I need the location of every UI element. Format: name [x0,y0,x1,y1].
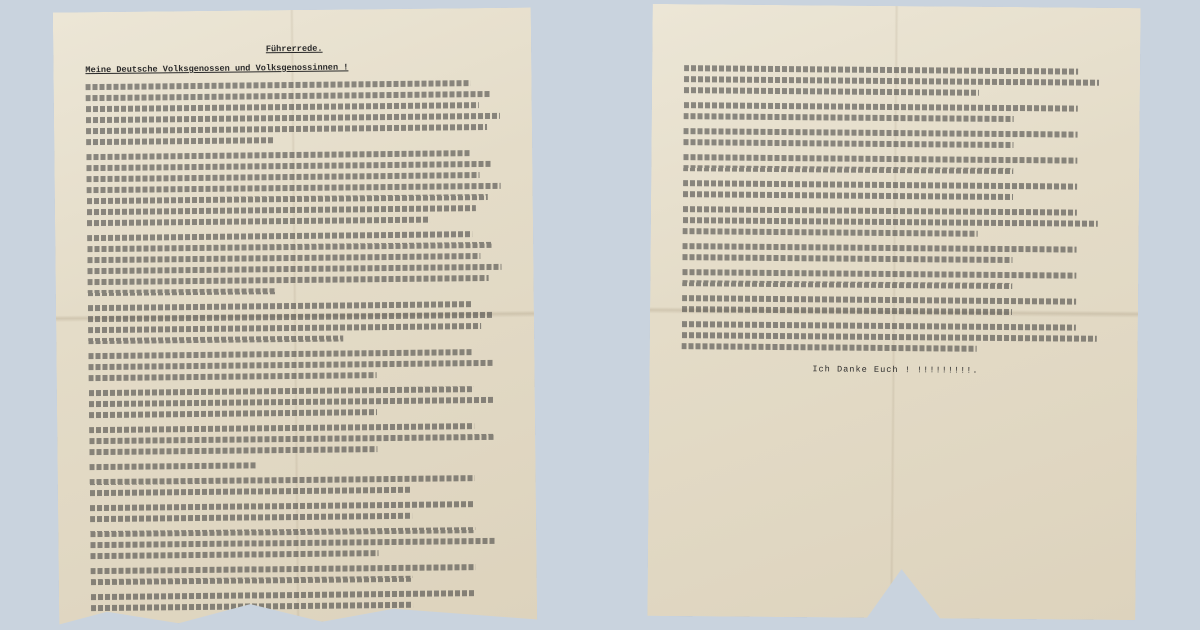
redacted-text-line [87,205,476,215]
redacted-text-line [87,253,480,263]
redacted-text-line [90,487,412,496]
document-closing: Ich Danke Euch ! !!!!!!!!!. [681,363,1109,378]
redacted-text-line [90,501,475,511]
redacted-text-line [683,165,1013,174]
page-content-right: Ich Danke Euch ! !!!!!!!!!. [681,62,1112,378]
redacted-body-left [86,80,509,611]
redacted-text-line [683,180,1077,189]
redacted-text-line [86,113,500,123]
redacted-text-line [88,323,481,333]
redacted-text-line [87,242,492,252]
redacted-text-line [86,150,471,160]
redacted-text-line [682,306,1012,315]
document-heading: Führerrede. [85,42,503,57]
redacted-paragraph [91,564,509,585]
redacted-paragraph [90,527,508,559]
redacted-text-line [682,280,1012,289]
redacted-text-line [91,576,413,585]
redacted-paragraph [89,423,507,455]
redacted-paragraph [684,65,1112,97]
redacted-text-line [88,275,489,285]
redacted-text-line [683,243,1077,252]
redacted-paragraph [86,150,505,226]
redacted-paragraph [682,321,1110,353]
redacted-text-line [87,231,472,241]
redacted-text-line [682,269,1076,278]
redacted-paragraph [682,243,1110,264]
redacted-text-line [86,137,274,145]
redacted-paragraph [683,206,1111,238]
redacted-text-line [682,321,1076,330]
redacted-text-line [684,76,1099,86]
redacted-text-line [90,475,475,485]
redacted-text-line [86,124,487,134]
redacted-text-line [87,217,430,227]
redacted-text-line [683,154,1077,163]
redacted-text-line [88,301,473,311]
redacted-text-line [86,102,479,112]
redacted-text-line [684,128,1078,137]
redacted-text-line [90,538,495,548]
redacted-text-line [87,172,480,182]
document-salutation: Meine Deutsche Volksgenossen und Volksge… [85,61,503,76]
redacted-text-line [90,550,378,559]
redacted-paragraph [683,180,1111,201]
redacted-text-line [89,423,474,433]
redacted-text-line [86,91,491,101]
redacted-text-line [683,228,978,237]
redacted-paragraph [683,154,1111,175]
redacted-text-line [88,349,473,359]
redacted-paragraph [86,80,505,145]
redacted-text-line [86,80,471,90]
redacted-paragraph [88,301,506,344]
document-page-right: Ich Danke Euch ! !!!!!!!!!. [647,4,1140,620]
redacted-text-line [88,288,276,296]
redacted-text-line [683,191,1013,200]
redacted-paragraph [90,460,508,470]
redacted-text-line [682,254,1012,263]
redacted-text-line [88,312,493,322]
redacted-text-line [90,462,257,470]
redacted-text-line [682,343,977,352]
redacted-text-line [684,102,1078,111]
redacted-text-line [89,409,377,418]
redacted-text-line [683,206,1077,215]
redacted-text-line [87,183,501,193]
redacted-text-line [89,446,377,455]
redacted-text-line [86,161,491,171]
redacted-text-line [684,87,979,96]
document-page-left: Führerrede. Meine Deutsche Volksgenossen… [53,8,537,625]
redacted-text-line [89,434,494,444]
redacted-text-line [87,264,501,274]
redacted-paragraph [88,349,506,381]
redacted-paragraph [90,501,508,522]
redacted-text-line [682,295,1076,304]
redacted-paragraph [684,102,1112,123]
redacted-text-line [88,360,493,370]
redacted-body-right [682,65,1112,353]
redacted-text-line [91,590,476,600]
redacted-text-line [683,217,1098,227]
redacted-text-line [87,194,488,204]
redacted-paragraph [87,231,506,296]
redacted-text-line [89,386,474,396]
redacted-paragraph [682,295,1110,316]
redacted-text-line [683,139,1013,148]
redacted-paragraph [91,590,509,611]
redacted-paragraph [683,128,1111,149]
redacted-text-line [684,65,1078,74]
redacted-text-line [90,513,412,522]
redacted-text-line [682,332,1097,342]
redacted-text-line [91,564,476,574]
redacted-text-line [91,602,413,611]
redacted-text-line [88,335,343,344]
redacted-paragraph [90,475,508,496]
redacted-text-line [684,113,1014,122]
redacted-text-line [89,372,377,381]
redacted-paragraph [682,269,1110,290]
redacted-text-line [90,527,475,537]
redacted-text-line [89,397,494,407]
redacted-paragraph [89,386,507,418]
page-content-left: Führerrede. Meine Deutsche Volksgenossen… [85,42,509,620]
